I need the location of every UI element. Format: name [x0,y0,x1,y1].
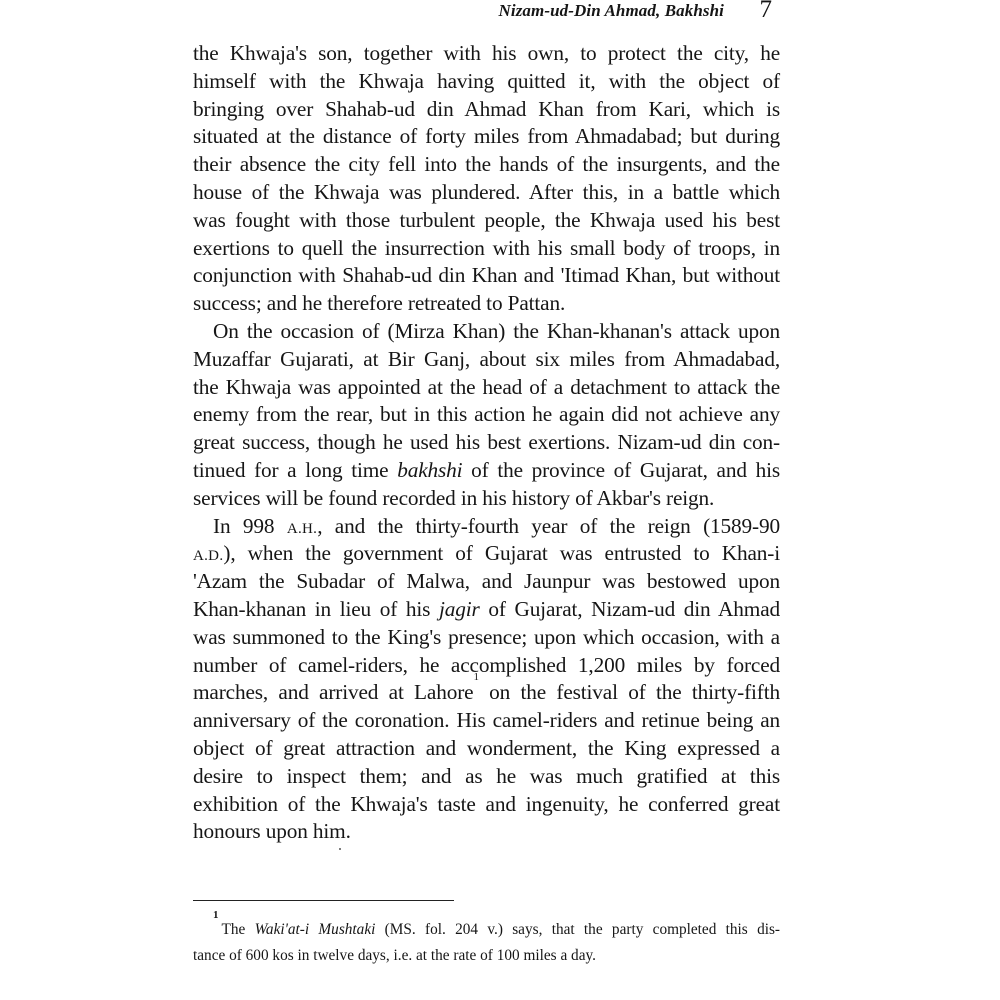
text-line: success; and he therefore retreated to P… [193,290,780,318]
text-run: Khan-khanan in lieu of his [193,597,439,621]
text-line: exhibition of the Khwaja's taste and ing… [193,791,780,819]
text-line: enemy from the rear, but in this action … [193,401,780,429]
text-line: services will be found recorded in his h… [193,485,780,513]
footnote-line: 1The Waki'at-i Mushtaki (MS. fol. 204 v.… [193,917,780,943]
text-run: tinued for a long time [193,458,397,482]
text-line: great success, though he used his best e… [193,429,780,457]
footnote-marker: 1 [213,909,219,921]
italic-term: jagir [439,597,480,621]
text-line: was fought with those turbulent people, … [193,207,780,235]
text-run: of the province of Gujarat, and his [462,458,780,482]
footnote-reference[interactable]: 1 [473,671,478,683]
text-run: ), when the government of Gujarat was en… [223,541,780,565]
text-line: exertions to quell the insurrection with… [193,235,780,263]
text-line: situated at the distance of forty miles … [193,123,780,151]
text-run: of Gujarat, Nizam-ud din Ahmad [480,597,780,621]
body-text: the Khwaja's son, together with his own,… [193,40,780,846]
text-line: was summoned to the King's presence; upo… [193,624,780,652]
era-abbreviation: A.H. [287,521,317,537]
page-number: 7 [760,0,773,24]
footnote-divider [193,900,454,901]
text-line: Khan-khanan in lieu of his jagir of Guja… [193,596,780,624]
text-line: A.D.), when the government of Gujarat wa… [193,540,780,568]
text-line: honours upon him. [193,818,780,846]
text-line: Muzaffar Gujarati, at Bir Ganj, about si… [193,346,780,374]
text-line: In 998 A.H., and the thirty-fourth year … [193,513,780,541]
text-line: marches, and arrived at Lahore1 on the f… [193,679,780,707]
text-line: conjunction with Shahab-ud din Khan and … [193,262,780,290]
text-run: marches, and arrived at Lahore [193,680,473,704]
text-run: on the festival of the thirty-fifth [479,680,780,704]
text-run: In 998 [213,514,287,538]
text-line: On the occasion of (Mirza Khan) the Khan… [193,318,780,346]
footnotes: 1The Waki'at-i Mushtaki (MS. fol. 204 v.… [193,917,780,969]
paragraph-3: In 998 A.H., and the thirty-fourth year … [193,513,780,847]
text-line: the Khwaja's son, together with his own,… [193,40,780,68]
text-line: desire to inspect them; and as he was mu… [193,763,780,791]
era-abbreviation: A.D. [193,548,223,564]
running-title: Nizam-ud-Din Ahmad, Bakhshi [499,1,725,21]
text-line: number of camel-riders, he accomplished … [193,652,780,680]
italic-source-title: Waki'at-i Mushtaki [255,921,376,938]
text-run: , and the thirty-fourth year of the reig… [317,514,780,538]
italic-term: bakhshi [397,458,462,482]
running-head: Nizam-ud-Din Ahmad, Bakhshi 7 [430,0,800,26]
paragraph-1: the Khwaja's son, together with his own,… [193,40,780,318]
print-speck [339,848,341,850]
text-line: himself with the Khwaja having quitted i… [193,68,780,96]
paragraph-2: On the occasion of (Mirza Khan) the Khan… [193,318,780,513]
text-run: (MS. fol. 204 v.) says, that the party c… [375,921,780,938]
text-line: their absence the city fell into the han… [193,151,780,179]
text-line: the Khwaja was appointed at the head of … [193,374,780,402]
text-line: anniversary of the coronation. His camel… [193,707,780,735]
text-line: object of great attraction and wondermen… [193,735,780,763]
text-line: 'Azam the Subadar of Malwa, and Jaunpur … [193,568,780,596]
text-line: house of the Khwaja was plundered. After… [193,179,780,207]
footnote-line: tance of 600 kos in twelve days, i.e. at… [193,943,780,969]
text-run: The [222,921,255,938]
text-line: bringing over Shahab-ud din Ahmad Khan f… [193,96,780,124]
text-line: tinued for a long time bakhshi of the pr… [193,457,780,485]
